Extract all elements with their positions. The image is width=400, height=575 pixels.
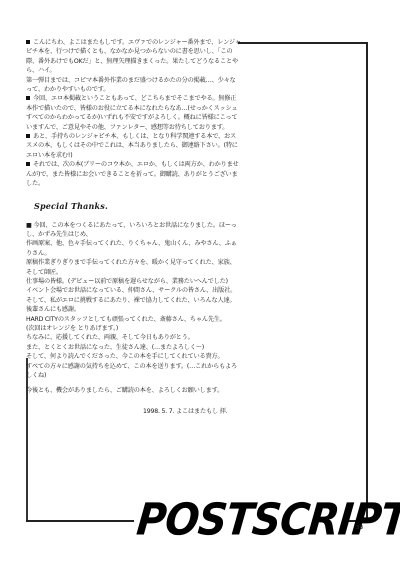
frame-right-border [366,42,368,520]
thanks-line: (次回はオレンジを とりあげます。) [26,324,241,333]
bullet-icon [26,96,30,100]
bullet-icon [26,134,30,138]
bullet-icon [26,162,30,166]
thanks-line: ちなみに、応援してくれた、両親、そして今日もありがとう。 [26,333,241,342]
thanks-line: イベント会場でお世話になっている、仲間さん、サークルの皆さん、出版社。 [26,286,241,295]
paragraph-farewell: それでは、次の本(ブリーのコウ本か、エロか、もしくは両方か、わかりませんが)で、… [26,160,241,188]
thanks-line: ■ 今回、この本をつくるにあたって、いろいろとお世話になりました。ほーっし、かず… [26,221,241,240]
paragraph-first-volume: 第一弾目までは、コピマ本番外作業のまだ盛つけるかたの分の掲載…、少々なって、わか… [26,76,241,95]
special-thanks-list: ■ 今回、この本をつくるにあたって、いろいろとお世話になりました。ほーっし、かず… [26,221,241,381]
bullet-icon [26,40,30,44]
special-thanks-title: Special Thanks. [34,201,241,211]
thanks-line: HARD CITYのスタッフとしても頑張ってくれた、斎藤さん、ちゃん先生。 [26,315,241,324]
thanks-line: そして、私がエロに挑戦するにあたり、裸で協力してくれた、いろんな人達。 [26,296,241,305]
paragraph-this-time: 今回、エロ本掲載ということもあって、どこちらまでそこまでやる。無修正本作で描いた… [26,94,241,132]
paragraph-request: あと、手持ちのレンジャピチ本、もしくは、となり科学関連する本で、おススメの本、も… [26,132,241,160]
thanks-line: 原稿作業ぎりぎりまで手伝ってくれた方々を、暖かく見守ってくれた、家族、そして師匠… [26,258,241,277]
closing-line: 今後とも、機会がありましたら、ご購読の本を、よろしくお願いします。 [26,386,241,395]
signature-date: 1998. 5. 7. よこはまたもし 拝. [26,406,241,415]
thanks-line: すべての方々に感謝の気持ちを込めて、この本を送ります。(…これからもよろしくね) [26,362,241,381]
thanks-line: そして、何より読んでくださった、今この本を手にしてくれている貴方。 [26,352,241,361]
thanks-line: また、とくとくお世話になった、生徒さん達、(…またよろしく〜) [26,343,241,352]
paragraph-greeting: こんにちわ、よこはまたもしです。エヴァでのレンジャー番外まで、レンジャピチ本を、… [26,38,241,76]
page-number: 38 [356,525,363,531]
thanks-line: 後輩さんにも感謝。 [26,305,241,314]
frame-top-border [238,42,368,44]
postscript-heading: POSTSCRIPT [135,498,400,542]
thanks-line: 仕事場の皆様。(デビュー以前で原稿を遅らせながら、業務たいへんでした) [26,277,241,286]
thanks-line: 作画原案、他、色々手伝ってくれた、りくちゃん、鬼山くん、みやさん、ふぁりさん。 [26,239,241,258]
frame-bottom-left-border [26,520,134,522]
postscript-body: こんにちわ、よこはまたもしです。エヴァでのレンジャー番外まで、レンジャピチ本を、… [26,38,241,415]
